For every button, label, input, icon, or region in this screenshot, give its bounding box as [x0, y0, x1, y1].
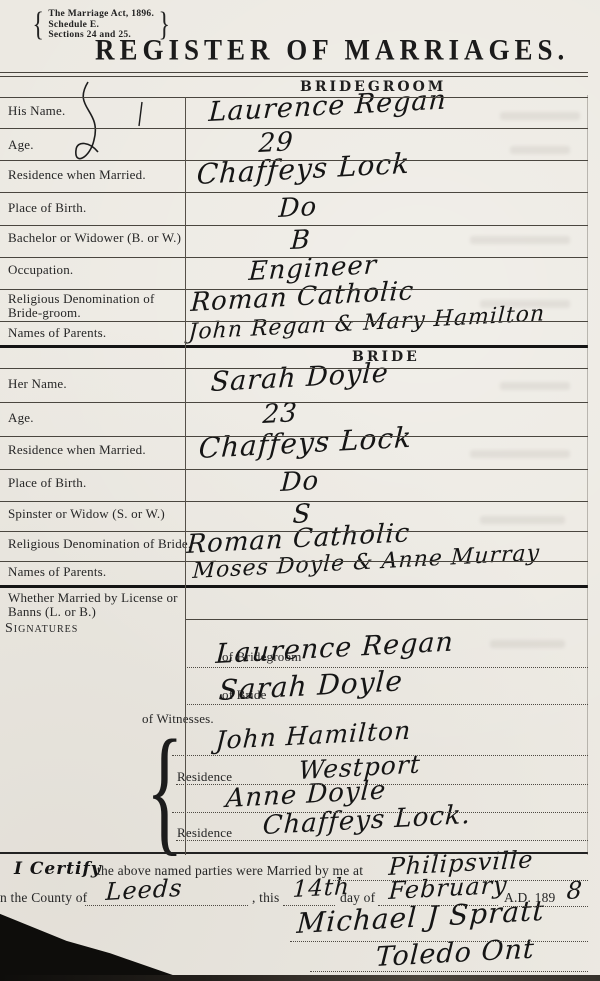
license-banns-label: Whether Married by License or Banns (L. … [8, 591, 182, 619]
field-label: Her Name. [8, 377, 67, 391]
field-label: Bachelor or Widower (B. or W.) [8, 231, 181, 245]
rule-line [0, 531, 588, 532]
bleed-through-artifact [470, 236, 570, 244]
rule-line [0, 402, 588, 403]
bleed-through-artifact [480, 300, 570, 308]
bleed-through-artifact [470, 450, 570, 458]
page-edge-line [587, 95, 588, 855]
field-label: Religious Denomination of Bride. [8, 537, 191, 551]
bleed-through-artifact [480, 516, 565, 524]
thick-rule-line [0, 585, 588, 588]
column-divider-line [185, 97, 186, 855]
rule-line [0, 561, 588, 562]
dotted-line [310, 971, 588, 972]
left-brace-glyph: { [32, 6, 43, 44]
dotted-line [378, 905, 498, 906]
dotted-line [172, 812, 588, 813]
rule-line [0, 76, 588, 77]
rule-line [0, 436, 588, 437]
rule-line [0, 225, 588, 226]
rule-line [0, 321, 588, 322]
dotted-line [176, 840, 588, 841]
signatures-heading: Signatures [5, 622, 78, 636]
field-label: Residence when Married. [8, 443, 146, 457]
field-label: Names of Parents. [8, 326, 106, 340]
handwritten-value: Do [278, 194, 318, 222]
dotted-line [290, 941, 588, 942]
handwritten-value: Laurence Regan [208, 86, 448, 126]
dotted-line [176, 784, 588, 785]
pen-flourish [50, 80, 160, 200]
field-label: Age. [8, 411, 34, 425]
bridegroom-signature: Laurence Regan [215, 628, 455, 668]
handwritten-value: Sarah Doyle [210, 360, 390, 396]
rule-line [0, 72, 588, 73]
rule-line [0, 160, 588, 161]
bride-signature: Sarah Doyle [218, 667, 404, 705]
handwritten-value: Chaffeys Lock [198, 424, 413, 463]
rule-line [0, 257, 588, 258]
bleed-through-artifact [510, 146, 570, 154]
field-label: Religious Denomination of Bride-groom. [8, 292, 182, 320]
scan-shadow-corner [0, 908, 190, 981]
field-label: Names of Parents. [8, 565, 106, 579]
dotted-line [283, 905, 335, 906]
certify-county: Leeds [105, 876, 183, 904]
bleed-through-artifact [490, 640, 565, 648]
handwritten-value: Do [280, 468, 320, 496]
field-label: Age. [8, 138, 34, 152]
handwritten-value: 23 [262, 400, 298, 428]
county-label: n the County of [0, 891, 87, 905]
field-label: Place of Birth. [8, 476, 86, 490]
act-note-line: The Marriage Act, 1896. [48, 9, 154, 20]
field-label: Occupation. [8, 263, 73, 277]
dotted-line [85, 905, 248, 906]
act-note-line: Schedule E. [48, 20, 154, 31]
page-title: REGISTER OF MARRIAGES. [95, 34, 569, 67]
dotted-line [185, 704, 588, 705]
rule-line [0, 128, 588, 129]
rule-line [0, 289, 588, 290]
rule-line [0, 97, 588, 98]
bleed-through-artifact [500, 112, 580, 120]
certify-word: I Certify [14, 859, 102, 879]
dotted-line [333, 880, 588, 881]
scan-shadow-bottom-edge [0, 975, 600, 981]
handwritten-value: Chaffeys Lock [196, 150, 411, 189]
field-label: Spinster or Widow (S. or W.) [8, 507, 165, 521]
bleed-through-artifact [500, 382, 570, 390]
field-label: Place of Birth. [8, 201, 86, 215]
handwritten-value: B [290, 227, 311, 254]
this-label: , this [252, 891, 279, 905]
witness-signature: John Hamilton [215, 718, 412, 753]
medium-rule-line [0, 852, 588, 854]
thick-rule-line [0, 345, 588, 348]
rule-line [0, 501, 588, 502]
rule-line [0, 469, 588, 470]
rule-line [0, 368, 588, 369]
officiant-signature: Michael J Spratt [296, 897, 545, 938]
rule-line [185, 619, 588, 620]
marriage-register-page: { The Marriage Act, 1896. Schedule E. Se… [0, 0, 600, 981]
certify-year-digit: 8 [566, 878, 584, 903]
rule-line [0, 192, 588, 193]
dotted-line [172, 755, 588, 756]
dotted-line [503, 906, 588, 907]
dotted-line [185, 667, 588, 668]
